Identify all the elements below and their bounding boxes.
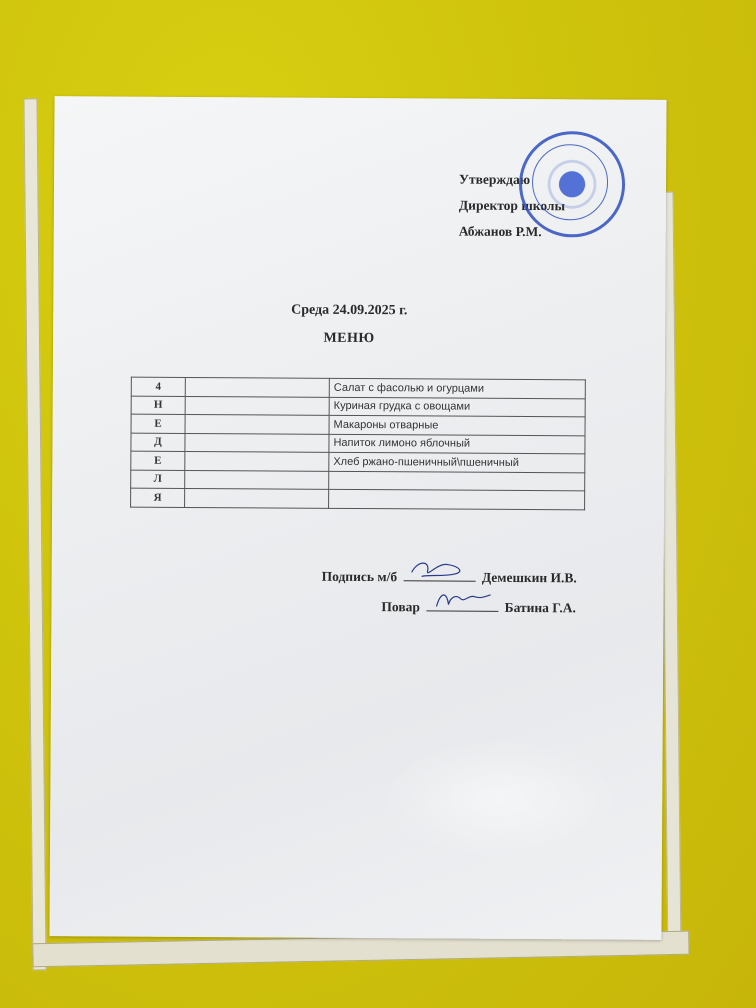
cell-blank xyxy=(185,488,329,507)
cell-blank xyxy=(185,451,329,470)
menu-table: 4Салат с фасолью и огурцамиНКуриная груд… xyxy=(130,377,586,510)
cell-letter: Л xyxy=(131,470,185,489)
cell-letter: Н xyxy=(131,396,185,415)
cell-dish: Салат с фасолью и огурцами xyxy=(329,378,585,398)
nurse-label: Подпись м/б xyxy=(322,569,398,584)
cell-dish xyxy=(329,471,585,491)
cell-blank xyxy=(185,470,329,489)
nurse-name: Демешкин И.В. xyxy=(482,570,577,586)
cell-dish xyxy=(329,489,585,509)
cell-blank xyxy=(185,433,329,452)
cell-blank xyxy=(185,377,329,396)
sleeve-left-edge xyxy=(23,98,46,970)
cell-letter: Е xyxy=(131,451,185,470)
cell-blank xyxy=(185,414,329,433)
cell-dish: Куриная грудка с овощами xyxy=(329,397,585,417)
cell-letter: 4 xyxy=(131,377,185,396)
cell-dish: Напиток лимоно яблочный xyxy=(329,434,585,454)
cell-dish: Хлеб ржано-пшеничный\пшеничный xyxy=(329,452,585,472)
cell-letter: Е xyxy=(131,414,185,433)
cell-letter: Я xyxy=(131,488,185,507)
date-heading: Среда 24.09.2025 г. xyxy=(43,301,655,321)
light-glare xyxy=(380,738,621,859)
cook-signature-icon xyxy=(426,598,498,611)
nurse-signature-icon xyxy=(403,568,475,581)
cook-label: Повар xyxy=(381,599,420,614)
official-stamp-icon xyxy=(519,131,626,238)
cell-dish: Макароны отварные xyxy=(329,415,585,435)
stamp-inner-ring xyxy=(532,144,608,220)
menu-document: Утверждаю Директор школы Абжанов Р.М. Ср… xyxy=(49,96,666,940)
cook-name: Батина Г.А. xyxy=(505,600,576,615)
nurse-signature-line: Подпись м/б Демешкин И.В. xyxy=(322,568,577,587)
cook-signature-line: Повар Батина Г.А. xyxy=(381,598,576,616)
cell-letter: Д xyxy=(131,433,185,452)
cell-blank xyxy=(185,396,329,415)
menu-title: МЕНЮ xyxy=(43,329,655,349)
table-row: Я xyxy=(131,488,585,509)
